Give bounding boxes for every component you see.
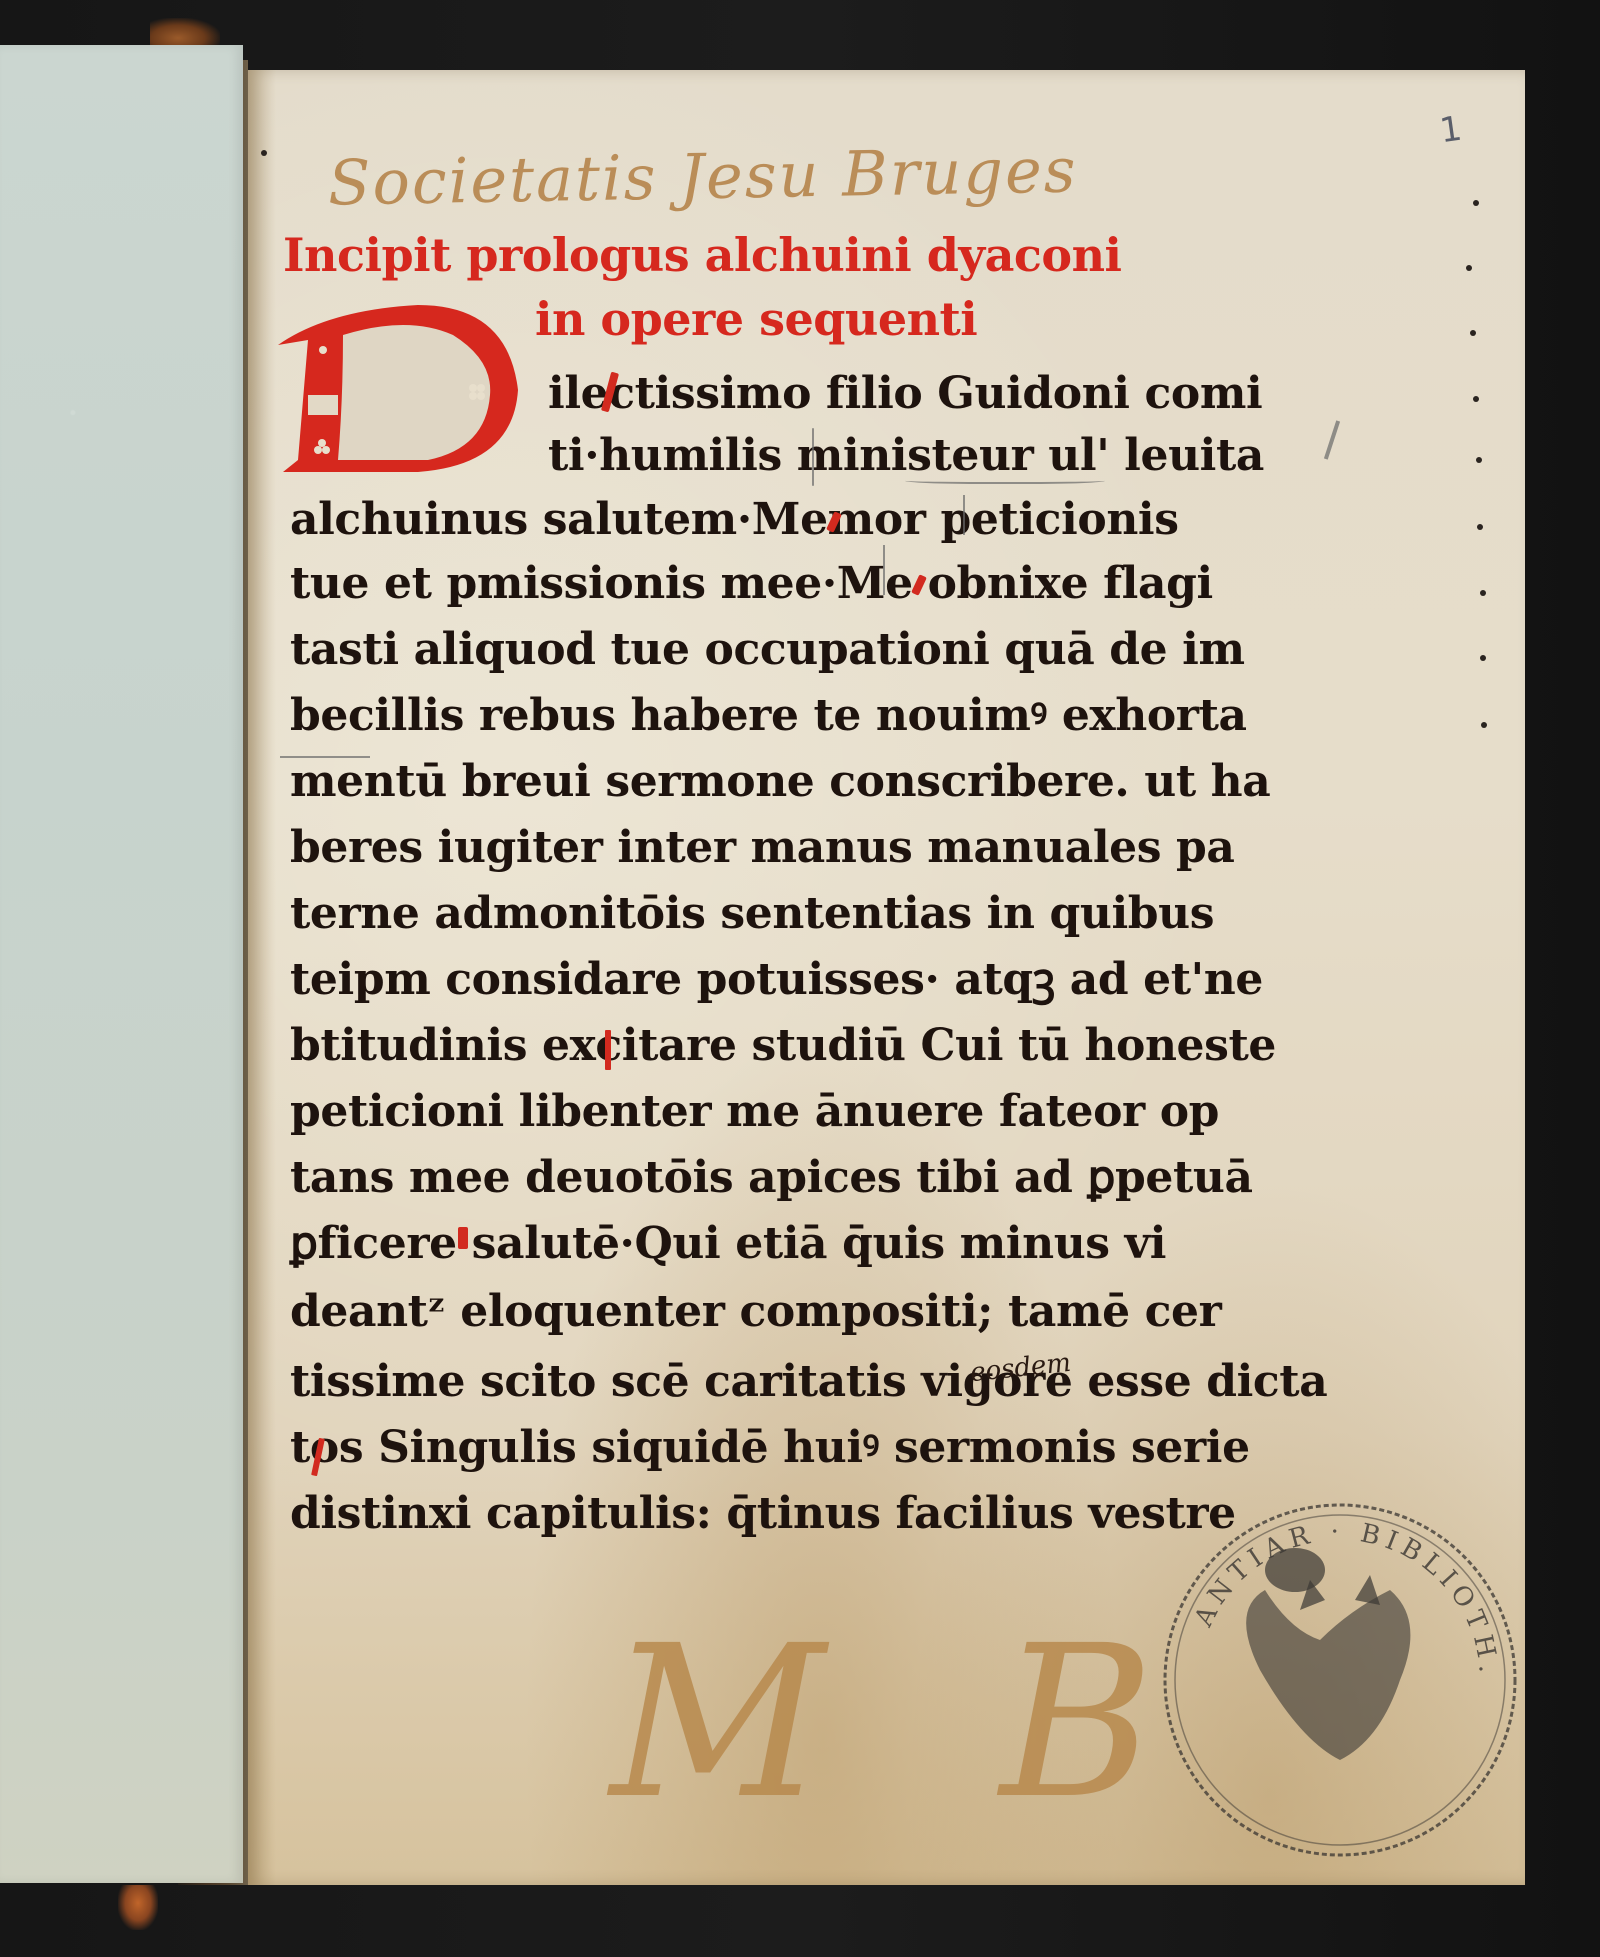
pricking-mark bbox=[261, 150, 267, 156]
red-paragraph-stroke bbox=[605, 1030, 611, 1070]
pricking-mark bbox=[1466, 265, 1472, 271]
pricking-mark bbox=[1480, 590, 1486, 596]
text-line-2: ti·humilis ministeur ul' leuita bbox=[548, 434, 1264, 478]
pricking-mark bbox=[1473, 200, 1479, 206]
text-line-11: btitudinis excitare studiū Cui tū honest… bbox=[290, 1024, 1276, 1068]
pricking-mark bbox=[1470, 330, 1476, 336]
pencil-underline-mark bbox=[905, 476, 1105, 484]
monogram-letter-b: B bbox=[1000, 1600, 1154, 1845]
text-line-16: tissime scito scē caritatis vigore esse … bbox=[290, 1360, 1327, 1404]
binding-thread-bottom bbox=[118, 1885, 158, 1930]
rubric-heading-line-1: Incipit prologus alchuini dyaconi bbox=[283, 228, 1122, 282]
text-line-7: mentū breui sermone conscribere. ut ha bbox=[290, 760, 1270, 804]
pricking-mark bbox=[1476, 457, 1482, 463]
pricking-mark bbox=[1473, 396, 1479, 402]
red-paragraph-stroke bbox=[458, 1227, 468, 1249]
pricking-mark bbox=[1477, 524, 1483, 530]
left-endpaper bbox=[0, 45, 243, 1883]
monogram-letter-m: M bbox=[610, 1600, 825, 1845]
text-line-4: tue et pmissionis mee·Me obnixe flagi bbox=[290, 562, 1213, 606]
text-line-17: tos Singulis siquidē huiꝰ sermonis serie bbox=[290, 1426, 1250, 1470]
text-line-9: terne admonitōis sententias in quibus bbox=[290, 892, 1214, 936]
ownership-inscription: Societatis Jesu Bruges bbox=[327, 133, 1078, 219]
pencil-bracket-mark bbox=[963, 495, 965, 535]
text-line-8: beres iugiter inter manus manuales pa bbox=[290, 826, 1235, 870]
text-line-12: peticioni libenter me ānuere fateor op bbox=[290, 1090, 1219, 1134]
text-line-5: tasti aliquod tue occupationi quā de im bbox=[290, 628, 1245, 672]
decorated-initial-d-icon bbox=[268, 300, 518, 475]
pencil-bracket-mark bbox=[883, 545, 885, 595]
text-line-18: distinxi capitulis: q̄tinus facilius ves… bbox=[290, 1492, 1236, 1536]
rubric-heading-line-2: in opere sequenti bbox=[535, 292, 977, 346]
library-stamp-eagle-icon: ANTIAR · BIBLIOTH. · bbox=[1150, 1490, 1530, 1860]
pricking-mark bbox=[1480, 655, 1486, 661]
pencil-underline-mark bbox=[280, 752, 370, 758]
text-line-3: alchuinus salutem·Memor peticionis bbox=[290, 498, 1179, 542]
pencil-bracket-mark bbox=[812, 428, 814, 486]
pricking-mark bbox=[1481, 722, 1487, 728]
text-line-14: ꝑficere salutē·Qui etiā q̄uis minus vi bbox=[290, 1222, 1166, 1266]
text-line-13: tans mee deuotōis apices tibi ad ꝑpetuā bbox=[290, 1156, 1253, 1200]
text-line-1: ilectissimo filio Guidoni comi bbox=[548, 372, 1262, 416]
text-line-6: becillis rebus habere te nouimꝰ exhorta bbox=[290, 694, 1247, 738]
text-line-15: deantᶻ eloquenter compositi; tamē cer bbox=[290, 1290, 1221, 1334]
text-line-10: teipm considare potuisses· atqꝫ ad et'ne bbox=[290, 958, 1263, 1002]
